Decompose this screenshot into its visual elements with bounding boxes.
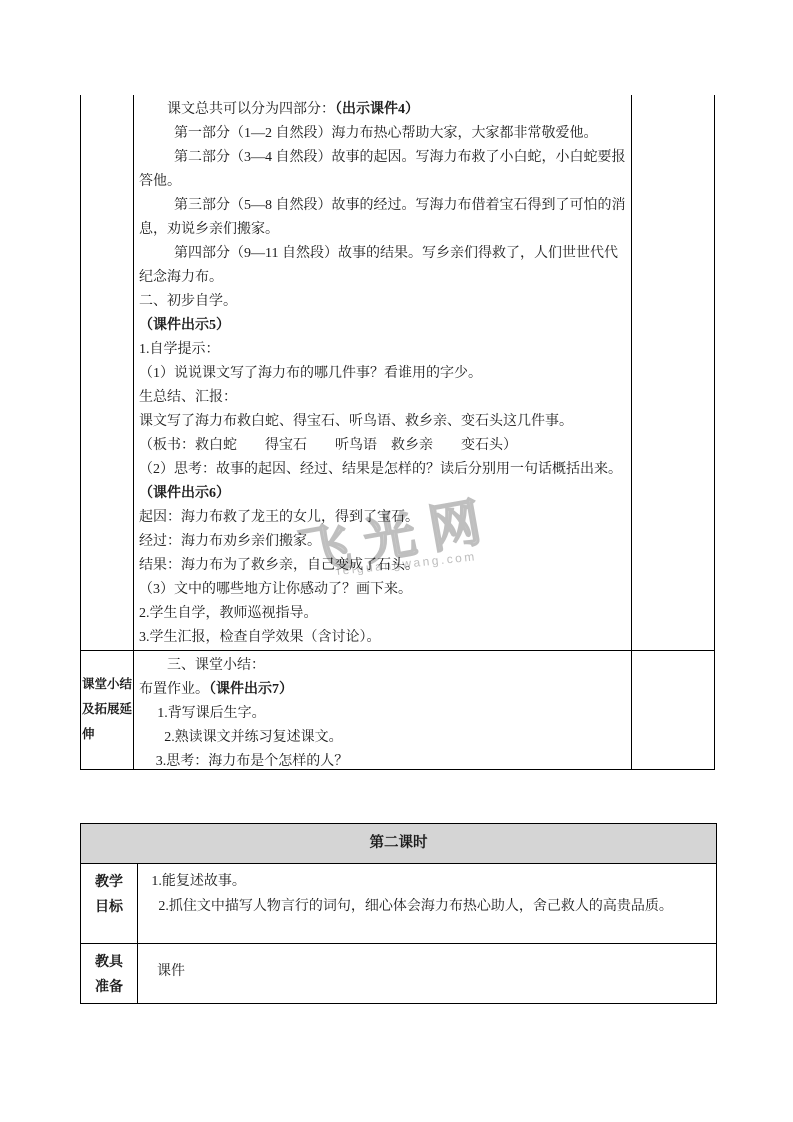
paragraph: 第一部分（1—2 自然段）海力布热心帮助大家，大家都非常敬爱他。 — [139, 122, 628, 146]
lesson-plan-table: 课文总共可以分为四部分：（出示课件4）第一部分（1—2 自然段）海力布热心帮助大… — [80, 95, 715, 770]
body-text: 1.背写课后生字。 — [157, 706, 266, 721]
emphasis-text: （课件出示7） — [209, 682, 293, 697]
table-row: 课堂小结及拓展延伸 三、课堂小结：布置作业。（课件出示7）1.背写课后生字。2.… — [80, 651, 715, 770]
row-content-cell: 课件 — [138, 944, 699, 1003]
body-text: （1）说说课文写了海力布的哪几件事？看谁用的字少。 — [139, 366, 482, 381]
paragraph: （3）文中的哪些地方让你感动了？画下来。 — [139, 578, 628, 602]
body-text: 3.思考：海力布是个怎样的人？ — [156, 754, 349, 769]
paragraph: 起因：海力布救了龙王的女儿，得到了宝石。 — [139, 506, 628, 530]
emphasis-text: （课件出示5） — [139, 318, 230, 333]
paragraph: 第二部分（3—4 自然段）故事的起因。写海力布救了小白蛇，小白蛇要报答他。 — [139, 146, 628, 194]
paragraph: 二、初步自学。 — [139, 290, 628, 314]
paragraph: 课文总共可以分为四部分：（出示课件4） — [139, 98, 628, 122]
body-text: 第三部分（5—8 自然段）故事的经过。写海力布借着宝石得到了可怕的消息，劝说乡亲… — [139, 198, 626, 237]
table-row-teaching-goals: 教学目标 1.能复述故事。2.抓住文中描写人物言行的词句，细心体会海力布热心助人… — [81, 864, 716, 943]
body-text: 1.能复述故事。 — [151, 874, 246, 889]
paragraph: 布置作业。（课件出示7） — [139, 678, 628, 702]
lesson-content-cell: 三、课堂小结：布置作业。（课件出示7）1.背写课后生字。2.熟读课文并练习复述课… — [133, 651, 631, 769]
body-text: 经过：海力布劝乡亲们搬家。 — [139, 534, 321, 549]
paragraph: 1.自学提示： — [139, 338, 628, 362]
paragraph: 1.背写课后生字。 — [139, 702, 628, 726]
paragraph: 第三部分（5—8 自然段）故事的经过。写海力布借着宝石得到了可怕的消息，劝说乡亲… — [139, 194, 628, 242]
body-text: 课文写了海力布救白蛇、得宝石、听鸟语、救乡亲、变石头这几件事。 — [139, 414, 573, 429]
body-text: 三、课堂小结： — [167, 658, 265, 673]
section-label-cell — [80, 95, 133, 650]
body-text: 结果：海力布为了救乡亲，自己变成了石头。 — [139, 558, 419, 573]
row-content-cell: 1.能复述故事。2.抓住文中描写人物言行的词句，细心体会海力布热心助人，舍己救人… — [138, 864, 699, 943]
paragraph: （2）思考：故事的起因、经过、结果是怎样的？读后分别用一句话概括出来。（课件出示… — [139, 458, 628, 506]
paragraph: 1.能复述故事。 — [143, 869, 695, 894]
body-text: 第二部分（3—4 自然段）故事的起因。写海力布救了小白蛇，小白蛇要报答他。 — [139, 150, 626, 189]
body-text: 2.熟读课文并练习复述课文。 — [164, 730, 343, 745]
paragraph: 3.学生汇报，检查自学效果（含讨论）。 — [139, 626, 628, 650]
paragraph: 3.思考：海力布是个怎样的人？ — [139, 750, 628, 769]
body-text: （2）思考：故事的起因、经过、结果是怎样的？读后分别用一句话概括出来。 — [139, 462, 622, 477]
table-row: 课文总共可以分为四部分：（出示课件4）第一部分（1—2 自然段）海力布热心帮助大… — [80, 95, 715, 651]
notes-cell — [631, 95, 715, 650]
body-text: 2.学生自学，教师巡视指导。 — [139, 606, 318, 621]
paragraph: 2.熟读课文并练习复述课文。 — [139, 726, 628, 750]
body-text: 第四部分（9—11 自然段）故事的结果。写乡亲们得救了，人们世世代代纪念海力布。 — [139, 246, 618, 285]
body-text: 生总结、汇报： — [139, 390, 237, 405]
paragraph: 生总结、汇报： — [139, 386, 628, 410]
paragraph: 结果：海力布为了救乡亲，自己变成了石头。 — [139, 554, 628, 578]
body-text: 课件 — [157, 964, 185, 979]
body-text: 3.学生汇报，检查自学效果（含讨论）。 — [139, 630, 381, 645]
paragraph: （1）说说课文写了海力布的哪几件事？看谁用的字少。 — [139, 362, 628, 386]
paragraph: 三、课堂小结： — [139, 654, 628, 678]
body-text: （板书：救白蛇 得宝石 听鸟语 救乡亲 变石头） — [139, 438, 517, 453]
paragraph: 2.抓住文中描写人物言行的词句，细心体会海力布热心助人，舍己救人的高贵品质。 — [143, 894, 695, 919]
paragraph: （板书：救白蛇 得宝石 听鸟语 救乡亲 变石头） — [139, 434, 628, 458]
emphasis-text: （课件出示6） — [139, 486, 230, 501]
body-text: 起因：海力布救了龙王的女儿，得到了宝石。 — [139, 510, 419, 525]
second-session-table: 第二课时 教学目标 1.能复述故事。2.抓住文中描写人物言行的词句，细心体会海力… — [80, 823, 717, 1004]
paragraph: 课件 — [143, 959, 695, 984]
row-label-cell: 教具准备 — [81, 944, 138, 1003]
body-text: 布置作业。 — [139, 682, 209, 697]
lesson-content-cell: 课文总共可以分为四部分：（出示课件4）第一部分（1—2 自然段）海力布热心帮助大… — [133, 95, 631, 650]
paragraph: 课文写了海力布救白蛇、得宝石、听鸟语、救乡亲、变石头这几件事。 — [139, 410, 628, 434]
notes-cell — [631, 651, 715, 769]
session-title-header: 第二课时 — [81, 824, 716, 864]
document-page: 飞光网 feiguangwang.com 课文总共可以分为四部分：（出示课件4）… — [0, 0, 793, 1122]
paragraph: 经过：海力布劝乡亲们搬家。 — [139, 530, 628, 554]
emphasis-text: （出示课件4） — [335, 102, 419, 117]
body-text: 1.自学提示： — [139, 342, 220, 357]
body-text: 课文总共可以分为四部分： — [167, 102, 335, 117]
body-text: （3）文中的哪些地方让你感动了？画下来。 — [139, 582, 412, 597]
row-label-cell: 教学目标 — [81, 864, 138, 943]
body-text: 第一部分（1—2 自然段）海力布热心帮助大家，大家都非常敬爱他。 — [174, 126, 598, 141]
body-text: 2.抓住文中描写人物言行的词句，细心体会海力布热心助人，舍己救人的高贵品质。 — [158, 899, 673, 914]
section-label-cell: 课堂小结及拓展延伸 — [80, 651, 133, 769]
table-row-teaching-aids: 教具准备 课件 — [81, 943, 716, 1003]
paragraph: 第四部分（9—11 自然段）故事的结果。写乡亲们得救了，人们世世代代纪念海力布。 — [139, 242, 628, 290]
body-text: 二、初步自学。 — [139, 294, 237, 309]
paragraph: （课件出示5） — [139, 314, 628, 338]
paragraph: 2.学生自学，教师巡视指导。 — [139, 602, 628, 626]
